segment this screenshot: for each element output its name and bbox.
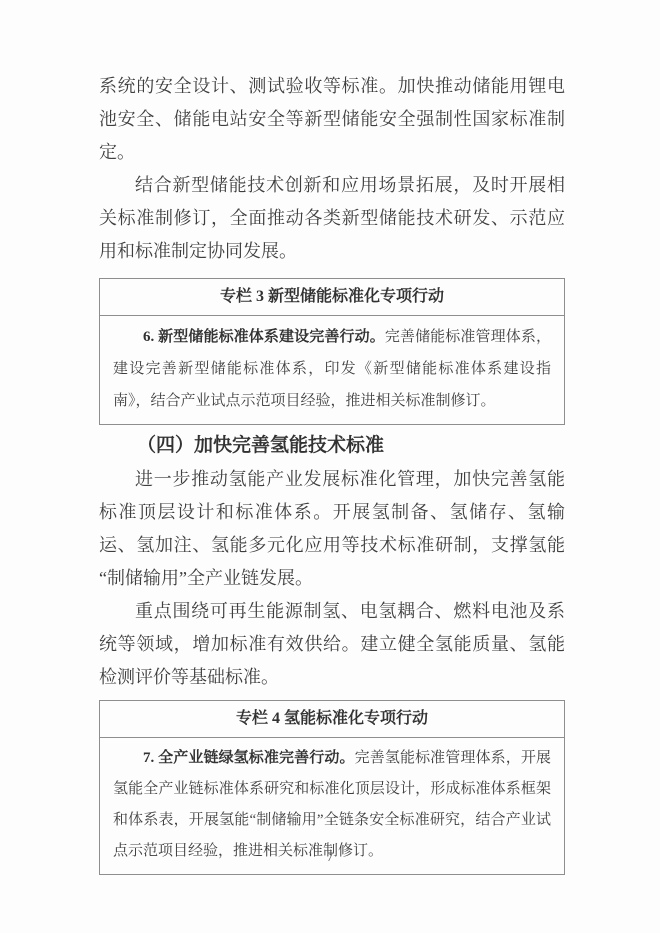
callout-box-4-title: 专栏 4 氢能标准化专项行动 [100, 701, 564, 738]
section-heading-hydrogen-standards: （四）加快完善氢能技术标准 [99, 433, 565, 459]
callout-box-4-action-title: 7. 全产业链绿氢标准完善行动。 [143, 750, 355, 766]
callout-box-3-action-title: 6. 新型储能标准体系建设完善行动。 [143, 329, 385, 345]
callout-box-column-3: 专栏 3 新型储能标准化专项行动 6. 新型储能标准体系建设完善行动。完善储能标… [99, 278, 565, 425]
callout-box-4-action-text: 完善氢能标准管理体系，开展氢能全产业链标准体系研究和标准化顶层设计，形成标准体系… [113, 750, 551, 859]
page-content-column: 系统的安全设计、测试验收等标准。加快推动储能用锂电池安全、储能电站安全等新型储能… [99, 70, 565, 875]
paragraph-hydrogen-supply: 重点围绕可再生能源制氢、电氢耦合、燃料电池及系统等领域，增加标准有效供给。建立健… [99, 595, 565, 694]
document-page: 系统的安全设计、测试验收等标准。加快推动储能用锂电池安全、储能电站安全等新型储能… [0, 0, 660, 933]
paragraph-hydrogen-standard-system: 进一步推动氢能产业发展标准化管理，加快完善氢能标准顶层设计和标准体系。开展氢制备… [99, 463, 565, 595]
callout-box-3-body: 6. 新型储能标准体系建设完善行动。完善储能标准管理体系，建设完善新型储能标准体… [100, 316, 564, 424]
paragraph-storage-safety-standards: 系统的安全设计、测试验收等标准。加快推动储能用锂电池安全、储能电站安全等新型储能… [99, 70, 565, 169]
callout-box-3-title: 专栏 3 新型储能标准化专项行动 [100, 279, 564, 316]
paragraph-storage-standards-revision: 结合新型储能技术创新和应用场景拓展，及时开展相关标准制修订，全面推动各类新型储能… [99, 169, 565, 268]
page-number: 7 [0, 849, 660, 865]
